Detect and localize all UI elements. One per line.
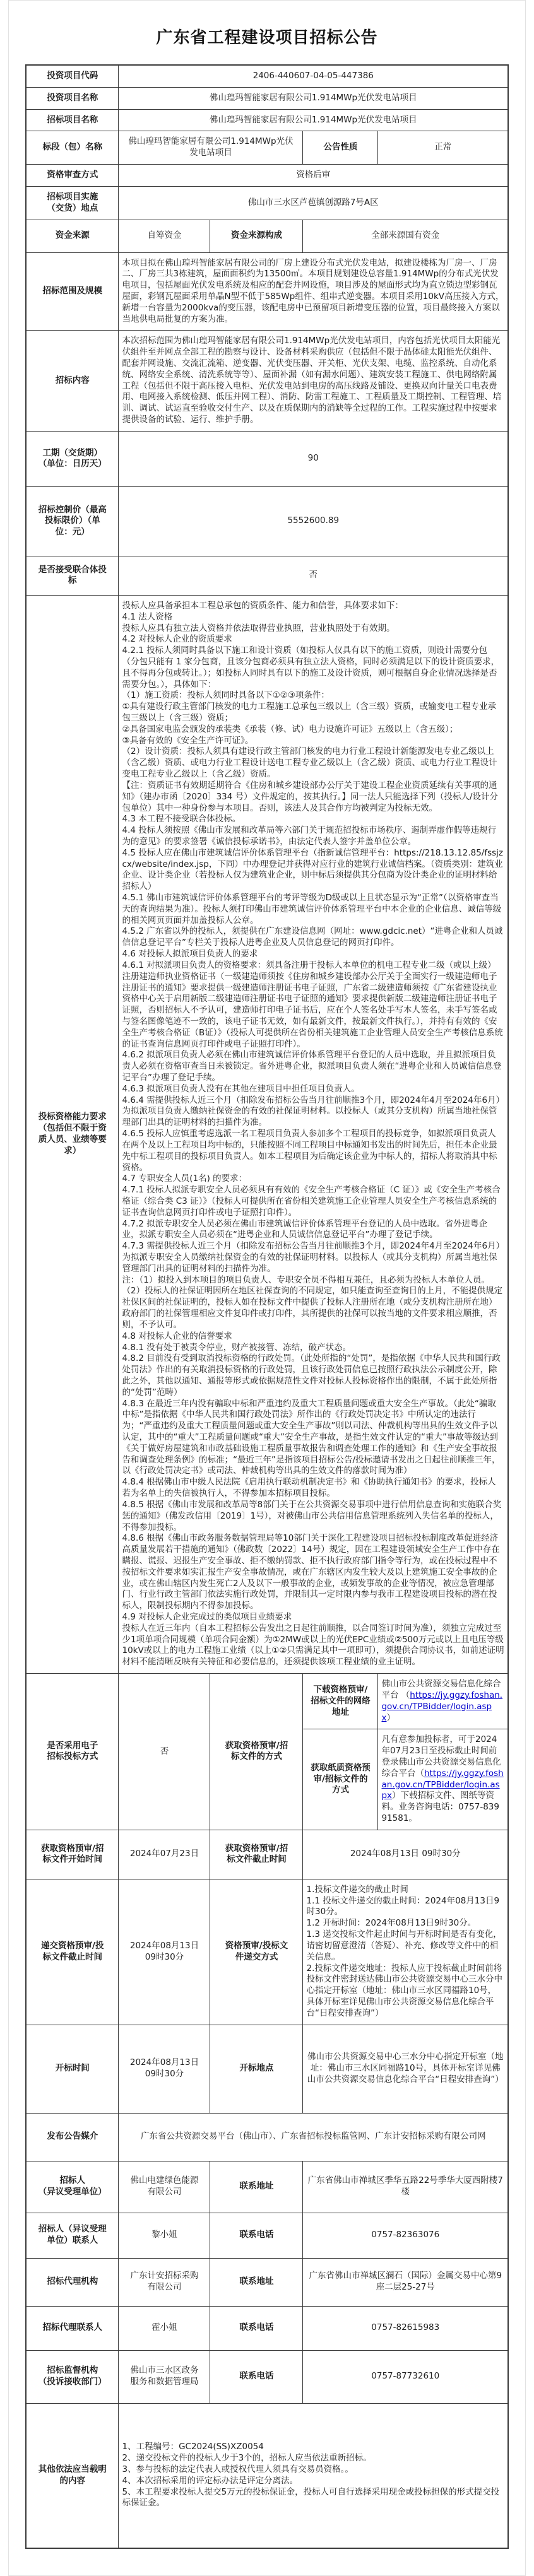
tenderer-address-value: 广东省佛山市禅城区季华五路22号季华大厦西附楼7楼 [303,2161,508,2213]
price-ceiling-value: 5552600.89 [119,486,508,556]
tender-name-label: 招标项目名称 [26,109,119,131]
qualification-requirements-text: 投标人应具备承担本工程总承包的资质条件、能力和信誉，具体要求如下： 4.1 法人… [119,595,508,1673]
row-consortium: 是否接受联合体投 标 否 [26,556,508,595]
tender-name-value: 佛山瑝玛智能家居有限公司1.914MWp光伏发电站项目 [119,109,508,131]
scope-value: 本项目拟在佛山瑝玛智能家居有限公司的厂房上建设分布式光伏发电站，拟建设楼栋为厂房… [119,252,508,331]
row-qualification-review: 资格审查方式 资格后审 [26,165,508,187]
row-media: 发布公告媒介 广东省公共资源交易平台（佛山市）、广东省招标投标监管网、广东计安招… [26,2113,508,2161]
download-address-value: 佛山市公共资源交易信息化综合平台 （https://jy.ggzy.foshan… [378,1674,508,1729]
tenderer-contact-label: 招标人（异议受理 单位）联系人 [26,2213,119,2258]
row-qualification-requirements: 投标资格能力要求 （包括但不限于资 质人员、业绩等要 求） 投标人应具备承担本工… [26,595,508,1673]
funding-composition-value: 全部来源国有资金 [303,220,508,252]
row-invest-code: 投资项目代码 2406-440607-04-05-447386 [26,65,508,87]
invest-name-label: 投资项目名称 [26,87,119,109]
supervisor-phone-value: 0757-87732610 [303,2350,508,2403]
row-tenderer-contact: 招标人（异议受理 单位）联系人 黎小姐 联系电话 0757-82363076 [26,2213,508,2258]
agency-phone-value: 0757-82615983 [303,2306,508,2350]
obtain-start-label: 获取资格预审/招 标文件开始时间 [26,1830,119,1879]
media-value: 广东省公共资源交易平台（佛山市）、广东省招标投标监管网、广东计安招标采购有限公司… [119,2113,508,2161]
row-tenderer: 招标人 （异议受理单位） 佛山电建绿色能源 有限公司 联系地址 广东省佛山市禅城… [26,2161,508,2213]
row-duration: 工期（交货期） （单位：日历天） 90 [26,431,508,486]
supervisor-value: 佛山市三水区政务 服务和数据管理局 [119,2350,210,2403]
tenderer-address-label: 联系地址 [210,2161,303,2213]
location-value: 佛山市三水区芦苞镇创源路7号A区 [119,186,508,220]
opening-time-label: 开标时间 [26,2025,119,2113]
row-agency-contact: 招标代理联系人 霍小姐 联系电话 0757-82615983 [26,2306,508,2350]
invest-code-label: 投资项目代码 [26,65,119,87]
agency-label: 招标代理机构 [26,2258,119,2306]
supervisor-label: 招标监督机构 （投诉接收部门） [26,2350,119,2403]
section-value: 佛山瑝玛智能家居有限公司1.914MWp光伏 发电站项目 [119,131,303,165]
paper-method-label: 获取纸质资格预 审/招标文件的 方式 [303,1729,378,1830]
agency-phone-label: 联系电话 [210,2306,303,2350]
location-label: 招标项目实施 （交货）地点 [26,186,119,220]
paper-method-post: ）下载招标文件、图纸等资料。业务咨询电话：0757-83991581。 [381,1791,499,1823]
qualification-review-value: 资格后审 [119,165,508,187]
other-text: 1、工程编号：GC2024(SS)XZ0054 2、递交投标文件的投标人少于3个… [119,2403,508,2548]
duration-label: 工期（交货期） （单位：日历天） [26,431,119,486]
page-title: 广东省工程建设项目招标公告 [9,25,525,48]
notice-nature-value: 正常 [378,131,508,165]
agency-contact-value: 霍小姐 [119,2306,210,2350]
opening-place-label: 开标地点 [210,2025,303,2113]
row-scope: 招标范围及规模 本项目拟在佛山瑝玛智能家居有限公司的厂房上建设分布式光伏发电站，… [26,252,508,331]
row-invest-name: 投资项目名称 佛山瑝玛智能家居有限公司1.914MWp光伏发电站项目 [26,87,508,109]
agency-contact-label: 招标代理联系人 [26,2306,119,2350]
agency-address-value: 广东省佛山市禅城区澜石（国际）金属交易中心第9座二层25-27号 [303,2258,508,2306]
paper-method-value: 凡有意参加投标者，可于2024年07月23日至投标截止时间前登录佛山市公共资源交… [378,1729,508,1830]
agency-value: 广东计安招标采购 有限公司 [119,2258,210,2306]
media-label: 发布公告媒介 [26,2113,119,2161]
price-ceiling-label: 招标控制价（最高 投标限价）（单 位：元） [26,486,119,556]
supervisor-phone-label: 联系电话 [210,2350,303,2403]
invest-name-value: 佛山瑝玛智能家居有限公司1.914MWp光伏发电站项目 [119,87,508,109]
electronic-label: 是否采用电子 招标投标方式 [26,1674,119,1830]
notice-nature-label: 公告性质 [303,131,378,165]
row-tender-name: 招标项目名称 佛山瑝玛智能家居有限公司1.914MWp光伏发电站项目 [26,109,508,131]
duration-value: 90 [119,431,508,486]
row-obtain-time: 获取资格预审/招 标文件开始时间 2024年07月23日 获取资格预审/招 标文… [26,1830,508,1879]
row-opening: 开标时间 2024年08月13日 09时30分 开标地点 佛山市公共资源交易中心… [26,2025,508,2113]
funding-composition-label: 资金来源构成 [210,220,303,252]
section-label: 标段（包）名称 [26,131,119,165]
obtain-method-label: 获取资格预审/招 标文件的方式 [210,1674,303,1830]
consortium-label: 是否接受联合体投 标 [26,556,119,595]
announcement-page: 广东省工程建设项目招标公告 投资项目代码 2406-440607-04-05-4… [8,0,526,2576]
submission-method-label: 资格预审/投标文 件递交方式 [210,1879,303,2025]
submission-method-text: 1.投标文件递交的截止时间 1.1 投标文件递交的截止时间：2024年08月13… [303,1879,508,2025]
qualification-review-label: 资格审查方式 [26,165,119,187]
row-supervisor: 招标监督机构 （投诉接收部门） 佛山市三水区政务 服务和数据管理局 联系电话 0… [26,2350,508,2403]
row-funding: 资金来源 自筹资金 资金来源构成 全部来源国有资金 [26,220,508,252]
obtain-deadline-value: 2024年08月13日 09时30分 [303,1830,508,1879]
tenderer-label: 招标人 （异议受理单位） [26,2161,119,2213]
download-address-label: 下载资格预审/ 招标文件的网络 地址 [303,1674,378,1729]
content-value: 本次招标范围为佛山瑝玛智能家居有限公司1.914MWp光伏发电站项目，内容包括光… [119,331,508,432]
tenderer-value: 佛山电建绿色能源 有限公司 [119,2161,210,2213]
tender-announcement-table: 投资项目代码 2406-440607-04-05-447386 投资项目名称 佛… [25,64,509,2549]
funding-value: 自筹资金 [119,220,210,252]
consortium-value: 否 [119,556,508,595]
row-submission: 递交资格预审/投 标文件截止时间 2024年08月13日 09时30分 资格预审… [26,1879,508,2025]
submission-deadline-value: 2024年08月13日 09时30分 [119,1879,210,2025]
invest-code-value: 2406-440607-04-05-447386 [119,65,508,87]
row-section: 标段（包）名称 佛山瑝玛智能家居有限公司1.914MWp光伏 发电站项目 公告性… [26,131,508,165]
content-label: 招标内容 [26,331,119,432]
agency-address-label: 联系地址 [210,2258,303,2306]
opening-time-value: 2024年08月13日 09时30分 [119,2025,210,2113]
obtain-deadline-label: 获取资格预审/招 标文件截止时间 [210,1830,303,1879]
opening-place-value: 佛山市公共资源交易中心三水分中心指定开标室（地址：佛山市三水区同福路10号，具体… [303,2025,508,2113]
funding-label: 资金来源 [26,220,119,252]
row-location: 招标项目实施 （交货）地点 佛山市三水区芦苞镇创源路7号A区 [26,186,508,220]
row-content: 招标内容 本次招标范围为佛山瑝玛智能家居有限公司1.914MWp光伏发电站项目，… [26,331,508,432]
row-other: 其他依法应当载明 的内容 1、工程编号：GC2024(SS)XZ0054 2、递… [26,2403,508,2548]
download-address-suffix: ） [386,1713,395,1723]
tenderer-phone-value: 0757-82363076 [303,2213,508,2258]
tenderer-contact-value: 黎小姐 [119,2213,210,2258]
row-price-ceiling: 招标控制价（最高 投标限价）（单 位：元） 5552600.89 [26,486,508,556]
tenderer-phone-label: 联系电话 [210,2213,303,2258]
scope-label: 招标范围及规模 [26,252,119,331]
obtain-start-value: 2024年07月23日 [119,1830,210,1879]
submission-deadline-label: 递交资格预审/投 标文件截止时间 [26,1879,119,2025]
row-electronic-download: 是否采用电子 招标投标方式 否 获取资格预审/招 标文件的方式 下载资格预审/ … [26,1674,508,1729]
qualification-requirements-label: 投标资格能力要求 （包括但不限于资 质人员、业绩等要 求） [26,595,119,1673]
row-agency: 招标代理机构 广东计安招标采购 有限公司 联系地址 广东省佛山市禅城区澜石（国际… [26,2258,508,2306]
other-label: 其他依法应当载明 的内容 [26,2403,119,2548]
electronic-value: 否 [119,1674,210,1830]
